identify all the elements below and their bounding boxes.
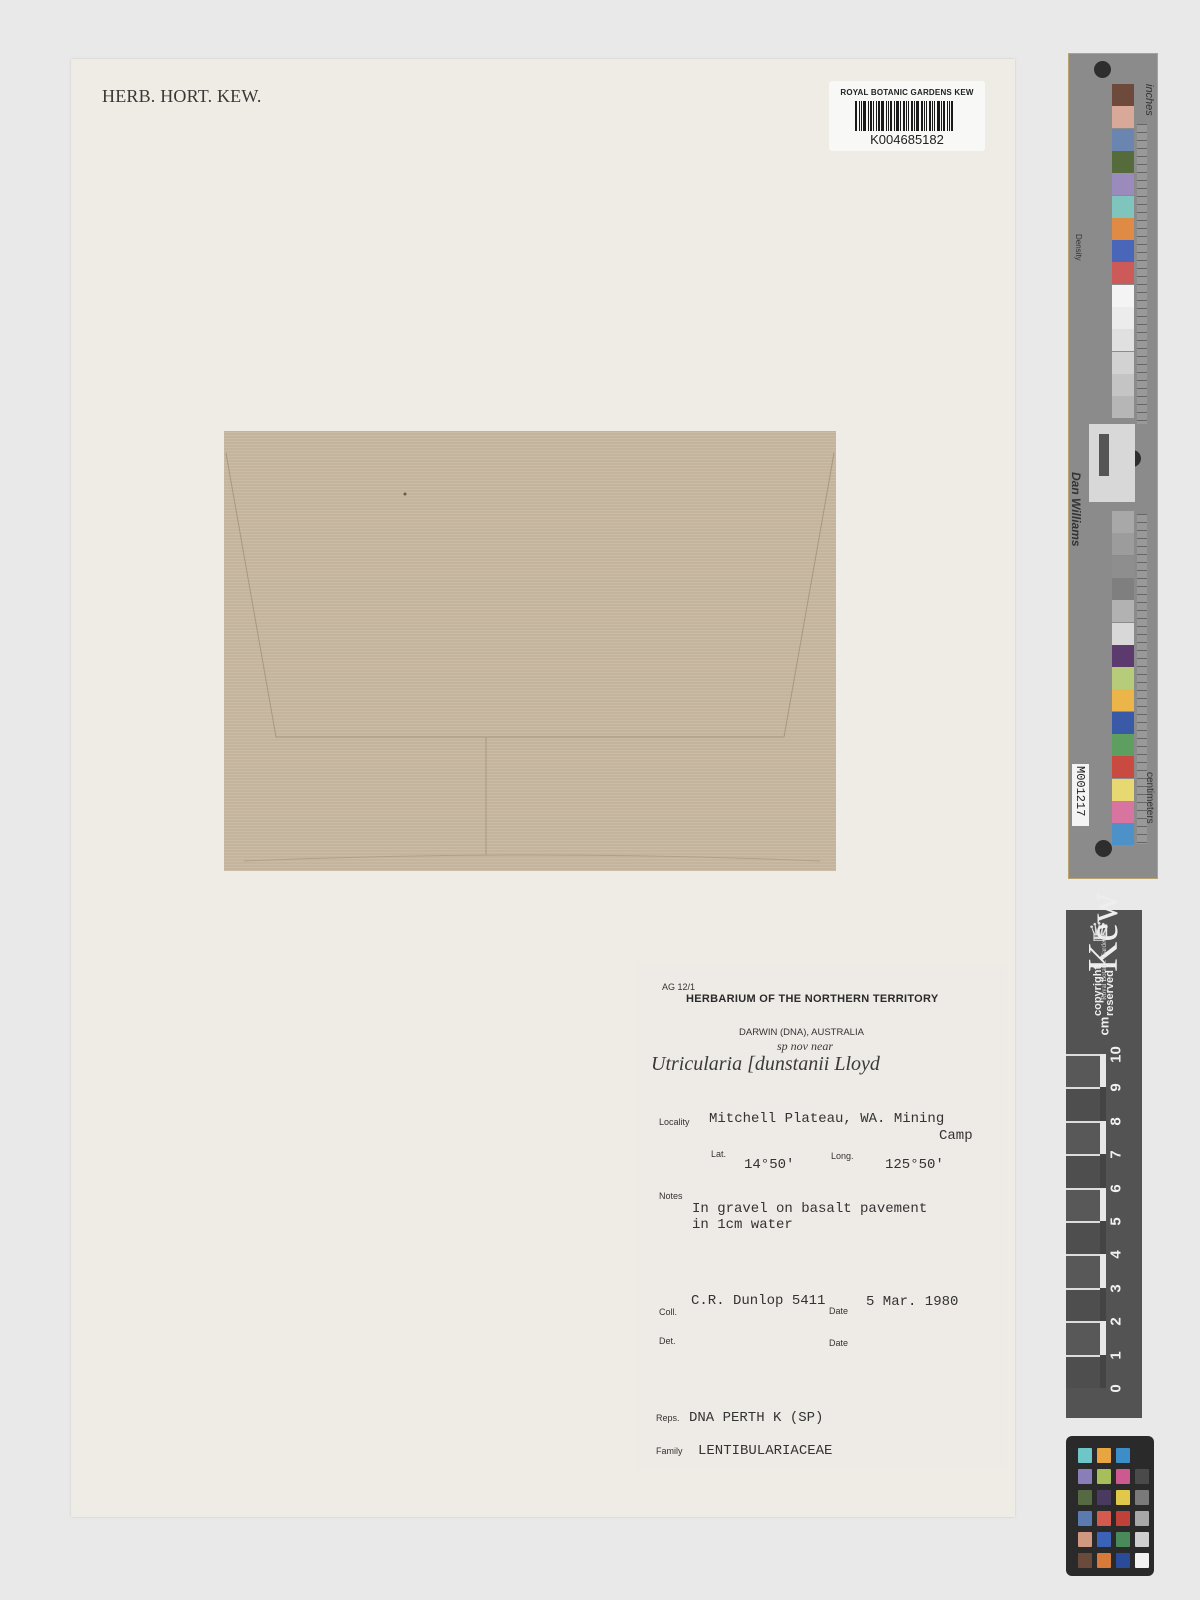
scale-alt-strip <box>1100 1321 1106 1354</box>
scale-tick-label: 7 <box>1108 1141 1125 1169</box>
color-swatch <box>1112 329 1134 351</box>
barcode-bar <box>934 101 935 131</box>
brand-name: Dan Williams <box>1069 472 1083 547</box>
scale-block <box>1066 1288 1100 1321</box>
color-calibration-bar: inches centimeters Dan Williams Density … <box>1068 53 1158 879</box>
checker-patch <box>1078 1469 1092 1484</box>
notes-label: Notes <box>659 1191 683 1201</box>
barcode-bar <box>911 101 913 131</box>
locality-label: Locality <box>659 1117 690 1127</box>
det-label: Det. <box>659 1336 676 1346</box>
scale-alt-strip <box>1100 1188 1106 1221</box>
color-swatch <box>1112 129 1134 151</box>
checker-patch <box>1135 1532 1149 1547</box>
barcode-bar <box>863 101 866 131</box>
locality-value: Mitchell Plateau, WA. Mining <box>709 1111 944 1127</box>
color-swatch <box>1112 600 1134 622</box>
barcode-bar <box>894 101 895 131</box>
barcode-bar <box>881 101 884 131</box>
sheet-header: HERB. HORT. KEW. <box>102 86 262 107</box>
checker-patch <box>1116 1553 1130 1568</box>
checker-patch <box>1078 1532 1092 1547</box>
density-label: Density <box>1074 234 1083 261</box>
notes-line-1: In gravel on basalt pavement <box>692 1201 927 1217</box>
hole-icon <box>1095 840 1112 857</box>
taxon-name: Utricularia [dunstanii Lloyd <box>651 1053 880 1076</box>
hole-icon <box>1094 61 1111 78</box>
fragment-envelope <box>224 431 836 871</box>
barcode-label: ROYAL BOTANIC GARDENS KEW K004685182 <box>829 81 985 151</box>
color-swatch <box>1112 307 1134 329</box>
barcode-bar <box>916 101 919 131</box>
checker-patch <box>1097 1469 1111 1484</box>
collector: C.R. Dunlop 5411 <box>691 1293 825 1309</box>
reps-label: Reps. <box>656 1413 680 1423</box>
color-swatch <box>1112 218 1134 240</box>
lat-label: Lat. <box>711 1149 726 1159</box>
color-swatch <box>1112 689 1134 711</box>
color-swatch <box>1112 779 1134 801</box>
barcode-bar <box>941 101 942 131</box>
ruler-ticks <box>1137 514 1147 844</box>
checker-patch <box>1135 1469 1149 1484</box>
checker-patch <box>1135 1448 1149 1463</box>
color-swatch <box>1112 396 1134 418</box>
scale-tick-label: 6 <box>1108 1174 1125 1202</box>
barcode-bar <box>926 101 927 131</box>
handwritten-annotation: sp nov near <box>777 1039 833 1054</box>
color-swatch <box>1112 352 1134 374</box>
checker-patch <box>1097 1553 1111 1568</box>
checker-patch <box>1135 1511 1149 1526</box>
barcode-bar <box>932 101 933 131</box>
scale-block <box>1066 1355 1100 1388</box>
color-swatch <box>1112 667 1134 689</box>
checker-patch <box>1116 1490 1130 1505</box>
barcode-bar <box>924 101 925 131</box>
checker-patch <box>1097 1532 1111 1547</box>
family-label: Family <box>656 1446 683 1456</box>
barcode-bar <box>859 101 860 131</box>
scale-tick-label: 10 <box>1108 1041 1125 1069</box>
checker-patch <box>1097 1511 1111 1526</box>
barcode-bar <box>937 101 940 131</box>
gray-target <box>1089 424 1135 502</box>
checker-patch <box>1116 1448 1130 1463</box>
scale-alt-strip <box>1100 1355 1106 1388</box>
checker-patch <box>1078 1511 1092 1526</box>
barcode-bar <box>890 101 892 131</box>
barcode-bar <box>929 101 931 131</box>
scale-tick-label: 5 <box>1108 1208 1125 1236</box>
checker-patch <box>1078 1553 1092 1568</box>
color-swatch <box>1112 173 1134 195</box>
checker-patch <box>1116 1469 1130 1484</box>
id-tag: M001217 <box>1072 764 1089 826</box>
barcode-bar <box>886 101 887 131</box>
scale-tick-label: 0 <box>1108 1375 1125 1403</box>
checker-patch <box>1135 1490 1149 1505</box>
long-value: 125°50' <box>885 1157 944 1173</box>
barcode-bar <box>951 101 953 131</box>
barcode-icon <box>855 101 959 131</box>
herbarium-name: HERBARIUM OF THE NORTHERN TERRITORY <box>686 993 939 1005</box>
scale-block <box>1066 1188 1100 1221</box>
color-swatch <box>1112 578 1134 600</box>
herbarium-sheet: HERB. HORT. KEW. ROYAL BOTANIC GARDENS K… <box>71 59 1015 1517</box>
checker-patch <box>1097 1490 1111 1505</box>
checker-patch <box>1078 1448 1092 1463</box>
scale-alt-strip <box>1100 1087 1106 1120</box>
scale-alt-strip <box>1100 1054 1106 1087</box>
notes-line-2: in 1cm water <box>692 1217 793 1233</box>
coll-date-label: Date <box>829 1306 848 1316</box>
ruler-ticks <box>1137 124 1147 424</box>
family-value: LENTIBULARIACEAE <box>698 1443 832 1459</box>
barcode-bar <box>914 101 915 131</box>
coll-label: Coll. <box>659 1307 677 1317</box>
color-swatch <box>1112 533 1134 555</box>
color-swatch <box>1112 285 1134 307</box>
color-swatch <box>1112 151 1134 173</box>
barcode-bar <box>861 101 862 131</box>
checker-patch <box>1135 1553 1149 1568</box>
color-swatch <box>1112 756 1134 778</box>
specimen-label: AG 12/1 HERBARIUM OF THE NORTHERN TERRIT… <box>637 963 1007 1469</box>
scale-block <box>1066 1221 1100 1254</box>
label-ref: AG 12/1 <box>662 982 695 992</box>
checker-patch <box>1116 1511 1130 1526</box>
color-swatch <box>1112 240 1134 262</box>
gray-target-bar <box>1099 434 1109 476</box>
color-swatch <box>1112 823 1134 845</box>
scale-block <box>1066 1087 1100 1120</box>
scale-block <box>1066 1254 1100 1287</box>
scale-block <box>1066 1321 1100 1354</box>
barcode-number: K004685182 <box>829 132 985 147</box>
locality-value-cont: Camp <box>939 1128 973 1144</box>
barcode-bar <box>868 101 869 131</box>
scale-tick-label: 4 <box>1108 1241 1125 1269</box>
det-date-label: Date <box>829 1338 848 1348</box>
scale-alt-strip <box>1100 1288 1106 1321</box>
scale-alt-strip <box>1100 1154 1106 1187</box>
color-swatch <box>1112 645 1134 667</box>
barcode-bar <box>949 101 950 131</box>
scale-tick-label: 9 <box>1108 1074 1125 1102</box>
color-swatch <box>1112 106 1134 128</box>
color-swatch <box>1112 712 1134 734</box>
scale-tick-label: 3 <box>1108 1274 1125 1302</box>
scale-alt-strip <box>1100 1221 1106 1254</box>
color-swatch <box>1112 801 1134 823</box>
coll-date: 5 Mar. 1980 <box>866 1294 958 1310</box>
unit-label: cm <box>1097 960 1112 1036</box>
barcode-bar <box>943 101 945 131</box>
scale-alt-strip <box>1100 1254 1106 1287</box>
barcode-bar <box>873 101 874 131</box>
scale-alt-strip <box>1100 1121 1106 1154</box>
reps-value: DNA PERTH K (SP) <box>689 1410 823 1426</box>
color-swatch <box>1112 374 1134 396</box>
scale-block <box>1066 1154 1100 1187</box>
barcode-bar <box>888 101 889 131</box>
units-inches: inches <box>1143 84 1155 116</box>
barcode-bar <box>855 101 857 131</box>
color-swatch <box>1112 623 1134 645</box>
color-checker-card <box>1066 1436 1154 1576</box>
barcode-bar <box>876 101 877 131</box>
barcode-bar <box>947 101 948 131</box>
barcode-institution: ROYAL BOTANIC GARDENS KEW <box>829 88 985 97</box>
lat-value: 14°50' <box>744 1157 794 1173</box>
barcode-bar <box>921 101 923 131</box>
long-label: Long. <box>831 1151 854 1161</box>
checker-patch <box>1116 1532 1130 1547</box>
barcode-bar <box>878 101 880 131</box>
barcode-bar <box>906 101 907 131</box>
color-swatch <box>1112 556 1134 578</box>
barcode-bar <box>870 101 872 131</box>
envelope-fold-lines <box>224 431 836 871</box>
color-swatch <box>1112 511 1134 533</box>
scale-tick-label: 8 <box>1108 1107 1125 1135</box>
barcode-bar <box>908 101 909 131</box>
scale-tick-label: 1 <box>1108 1341 1125 1369</box>
scale-block <box>1066 1054 1100 1087</box>
scale-block <box>1066 1121 1100 1154</box>
checker-patch <box>1078 1490 1092 1505</box>
checker-patch <box>1097 1448 1111 1463</box>
bar-id: M001217 <box>1073 766 1087 816</box>
color-swatch <box>1112 262 1134 284</box>
kew-scale-bar: ♛ Kew Royal Botanic Gardens copyright re… <box>1066 910 1142 1418</box>
barcode-bar <box>900 101 901 131</box>
herbarium-location: DARWIN (DNA), AUSTRALIA <box>739 1027 864 1038</box>
barcode-bar <box>903 101 905 131</box>
color-swatch <box>1112 84 1134 106</box>
scale-tick-label: 2 <box>1108 1308 1125 1336</box>
barcode-bar <box>896 101 899 131</box>
color-swatch <box>1112 196 1134 218</box>
color-swatch <box>1112 734 1134 756</box>
